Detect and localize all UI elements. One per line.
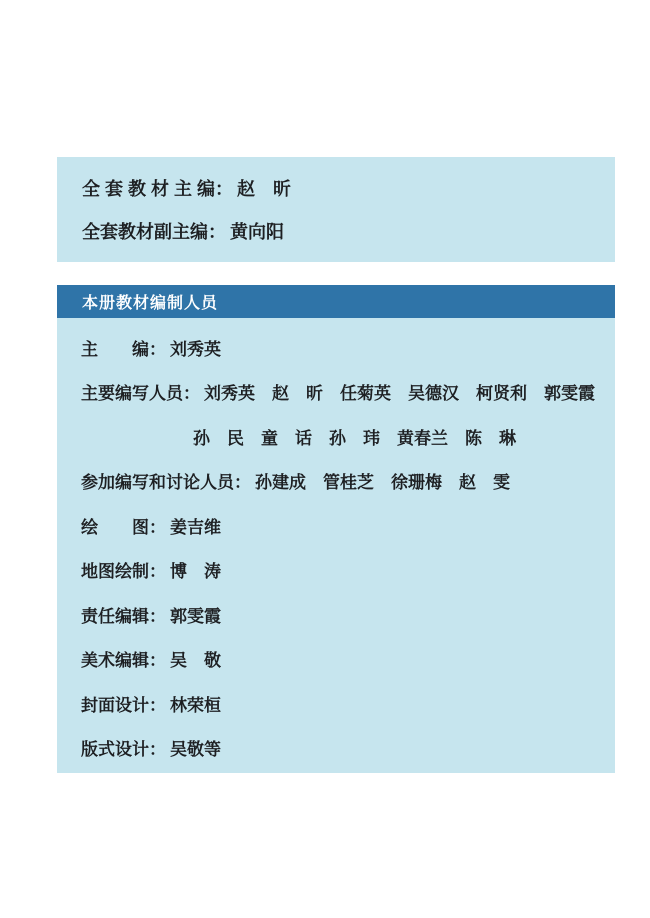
main-writers-names-continued: 孙 民 童 话 孙 玮 黄春兰 陈 琳 bbox=[193, 424, 516, 449]
contributors-label: 参加编写和讨论人员： bbox=[81, 468, 251, 493]
map-drawer-row: 地图绘制： 博 涛 bbox=[81, 548, 615, 593]
art-editor-label: 美术编辑： bbox=[81, 646, 166, 671]
map-drawer-name: 博 涛 bbox=[170, 557, 221, 582]
chief-editor-label: 主 编： bbox=[81, 335, 166, 360]
series-editors-panel: 全 套 教 材 主 编： 赵 昕 全套教材副主编： 黄向阳 bbox=[57, 157, 615, 262]
main-writers-row: 主要编写人员： 刘秀英 赵 昕 任菊英 吴德汉 柯贤利 郭雯霞 bbox=[81, 370, 615, 415]
contributors-names: 孙建成 管桂芝 徐珊梅 赵 雯 bbox=[255, 468, 510, 493]
series-chief-editor-name: 赵 昕 bbox=[237, 175, 291, 201]
series-chief-editor-line: 全 套 教 材 主 编： 赵 昕 bbox=[82, 166, 615, 210]
main-writers-names: 刘秀英 赵 昕 任菊英 吴德汉 柯贤利 郭雯霞 bbox=[204, 379, 595, 404]
illustrator-name: 姜吉维 bbox=[170, 513, 221, 538]
cover-designer-name: 林荣桓 bbox=[170, 691, 221, 716]
cover-designer-row: 封面设计： 林荣桓 bbox=[81, 681, 615, 726]
art-editor-row: 美术编辑： 吴 敬 bbox=[81, 637, 615, 682]
credits-panel-title: 本册教材编制人员 bbox=[82, 290, 218, 313]
layout-designer-label: 版式设计： bbox=[81, 735, 166, 760]
responsible-editor-row: 责任编辑： 郭雯霞 bbox=[81, 592, 615, 637]
series-deputy-editor-line: 全套教材副主编： 黄向阳 bbox=[82, 210, 615, 254]
map-drawer-label: 地图绘制： bbox=[81, 557, 166, 582]
responsible-editor-label: 责任编辑： bbox=[81, 602, 166, 627]
layout-designer-name: 吴敬等 bbox=[170, 735, 221, 760]
credits-panel-header: 本册教材编制人员 bbox=[57, 285, 615, 318]
main-writers-label: 主要编写人员： bbox=[81, 379, 200, 404]
credits-panel: 主 编： 刘秀英 主要编写人员： 刘秀英 赵 昕 任菊英 吴德汉 柯贤利 郭雯霞… bbox=[57, 318, 615, 773]
cover-designer-label: 封面设计： bbox=[81, 691, 166, 716]
series-deputy-editor-label: 全套教材副主编： bbox=[82, 218, 226, 244]
illustrator-row: 绘 图： 姜吉维 bbox=[81, 503, 615, 548]
layout-designer-row: 版式设计： 吴敬等 bbox=[81, 726, 615, 771]
series-chief-editor-label: 全 套 教 材 主 编： bbox=[82, 175, 233, 201]
chief-editor-row: 主 编： 刘秀英 bbox=[81, 325, 615, 370]
art-editor-name: 吴 敬 bbox=[170, 646, 221, 671]
series-deputy-editor-name: 黄向阳 bbox=[230, 218, 284, 244]
chief-editor-name: 刘秀英 bbox=[170, 335, 221, 360]
contributors-row: 参加编写和讨论人员： 孙建成 管桂芝 徐珊梅 赵 雯 bbox=[81, 459, 615, 504]
responsible-editor-name: 郭雯霞 bbox=[170, 602, 221, 627]
illustrator-label: 绘 图： bbox=[81, 513, 166, 538]
main-writers-continuation-row: 孙 民 童 话 孙 玮 黄春兰 陈 琳 bbox=[81, 414, 615, 459]
colophon-page: 全 套 教 材 主 编： 赵 昕 全套教材副主编： 黄向阳 本册教材编制人员 主… bbox=[0, 0, 650, 918]
